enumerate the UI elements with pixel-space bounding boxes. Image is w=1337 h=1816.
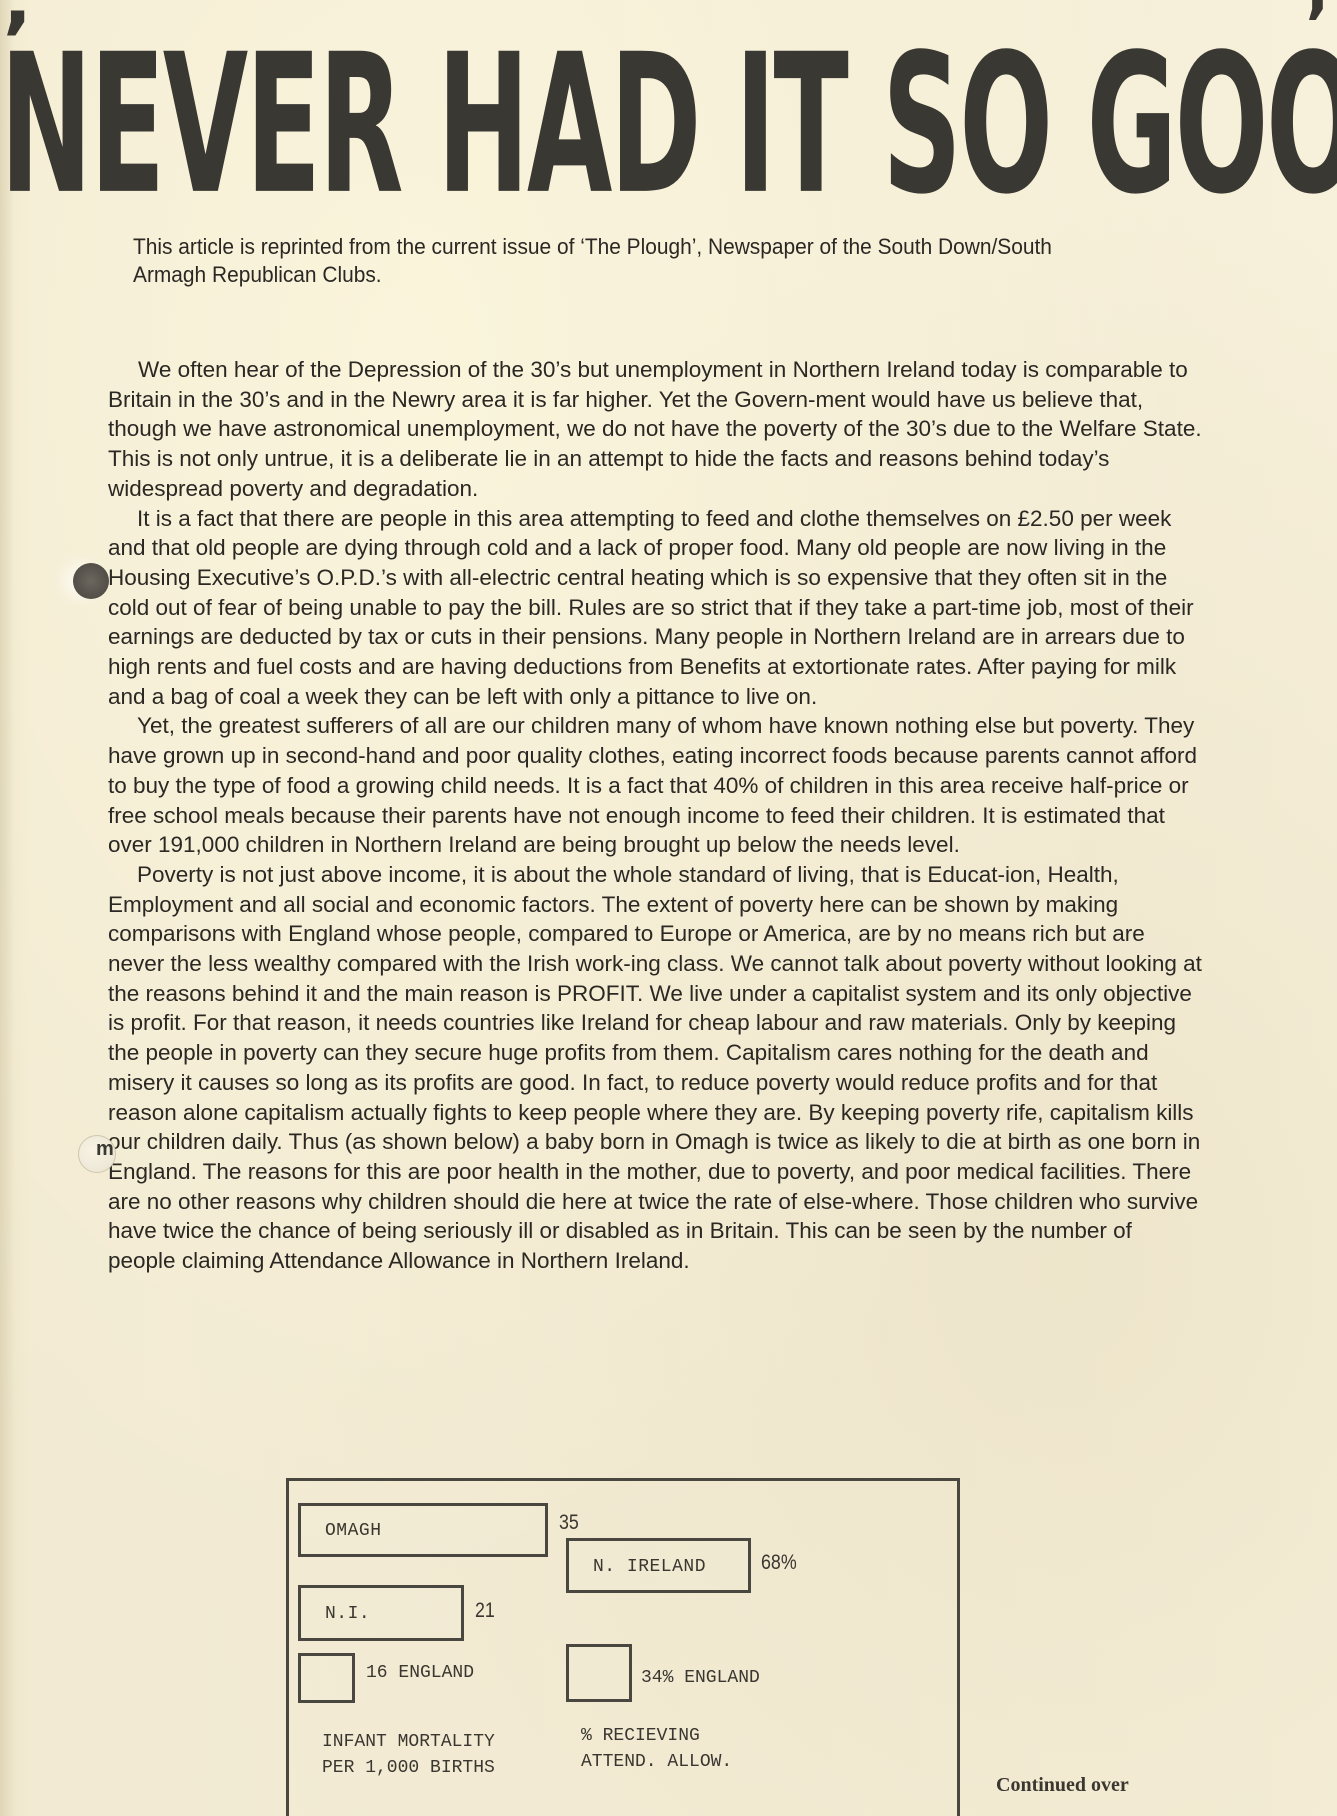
- caption-line: PER 1,000 BIRTHS: [322, 1758, 495, 1778]
- paragraph-2: It is a fact that there are people in th…: [108, 504, 1203, 712]
- bleed-through-text: [1230, 240, 1337, 1520]
- article-body: We often hear of the Depression of the 3…: [108, 355, 1203, 1276]
- bar-england-allowance: [566, 1644, 632, 1702]
- bar-value: 21: [475, 1599, 495, 1623]
- headline-text: NEVER HAD IT SO GOOD: [0, 30, 1337, 219]
- bar-value: 16 ENGLAND: [366, 1663, 474, 1683]
- statistics-chart-panel: OMAGH 35 N.I. 21 16 ENGLAND INFANT MORTA…: [286, 1478, 960, 1816]
- bar-n-ireland: N. IRELAND: [566, 1538, 751, 1593]
- paragraph-3: Yet, the greatest sufferers of all are o…: [108, 711, 1203, 860]
- bar-value: 68%: [761, 1551, 797, 1575]
- bar-value: 35: [559, 1511, 579, 1535]
- headline-close-quote: ’: [1305, 0, 1329, 58]
- headline: NEVER HAD IT SO GOOD: [0, 30, 829, 219]
- bar-omagh: OMAGH: [298, 1503, 548, 1557]
- continued-over-label: Continued over: [996, 1774, 1129, 1797]
- caption-line: ATTEND. ALLOW.: [581, 1752, 732, 1772]
- paragraph-4: Poverty is not just above income, it is …: [108, 860, 1203, 1276]
- punch-hole: [73, 563, 109, 599]
- intro-note: This article is reprinted from the curre…: [133, 233, 1121, 289]
- bar-england: [298, 1653, 355, 1703]
- stray-glyph: m: [96, 1138, 114, 1161]
- bar-value: 34% ENGLAND: [641, 1668, 760, 1688]
- chart-caption-left: INFANT MORTALITY PER 1,000 BIRTHS: [322, 1729, 495, 1781]
- chart-caption-right: % RECIEVING ATTEND. ALLOW.: [581, 1723, 732, 1775]
- caption-line: % RECIEVING: [581, 1726, 700, 1746]
- bar-label: N. IRELAND: [593, 1558, 706, 1576]
- page-edge: [0, 0, 14, 1816]
- caption-line: INFANT MORTALITY: [322, 1732, 495, 1752]
- paragraph-1: We often hear of the Depression of the 3…: [108, 355, 1203, 504]
- bar-label: N.I.: [325, 1605, 370, 1623]
- bar-label: OMAGH: [325, 1522, 382, 1540]
- bar-ni: N.I.: [298, 1585, 464, 1641]
